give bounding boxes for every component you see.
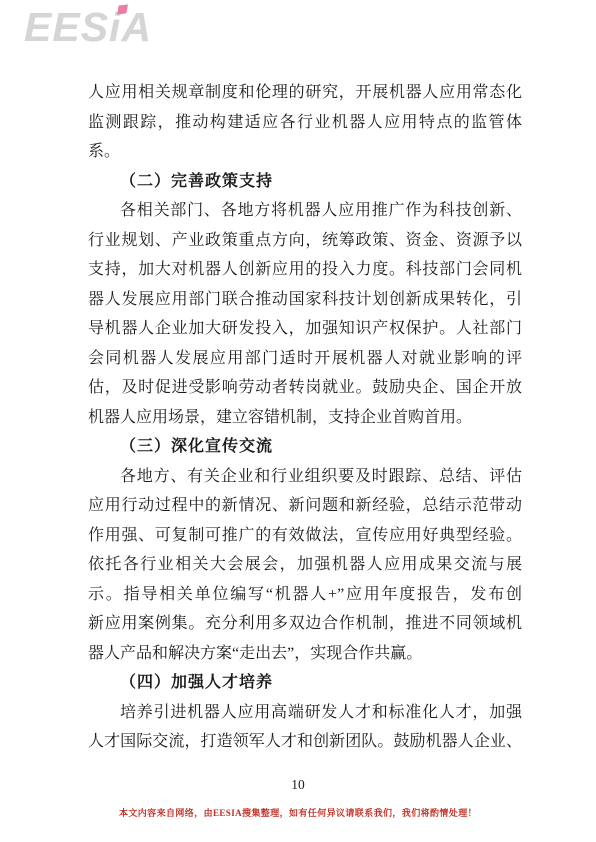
section-heading: （四）加强人才培养 <box>88 668 522 698</box>
eesia-logo: EESiA <box>24 4 152 50</box>
body-line: 新应用案例集。充分利用多双边合作机制，推进不同领域机 <box>88 609 522 639</box>
page-number: 10 <box>0 777 596 793</box>
body-line: 依托各行业相关大会展会，加强机器人应用成果交流与展 <box>88 550 522 580</box>
body-line: 作用强、可复制可推广的有效做法，宣传应用好典型经验。 <box>88 521 522 551</box>
body-line: 器人发展应用部门联合推动国家科技计划创新成果转化，引 <box>88 285 522 315</box>
logo-i-dot-accent-icon <box>117 4 128 14</box>
document-body: 人应用相关规章制度和伦理的研究，开展机器人应用常态化 监测跟踪，推动构建适应各行… <box>88 78 522 757</box>
body-line: 监测跟踪，推动构建适应各行业机器人应用特点的监管体 <box>88 108 522 138</box>
logo-text-before-i: EES <box>24 4 109 50</box>
body-line: 机器人应用场景，建立容错机制，支持企业首购首用。 <box>88 403 522 433</box>
body-line: 人应用相关规章制度和伦理的研究，开展机器人应用常态化 <box>88 78 522 108</box>
body-line: 估，及时促进受影响劳动者转岗就业。鼓励央企、国企开放 <box>88 373 522 403</box>
body-line: 系。 <box>88 137 522 167</box>
body-line: 示。指导相关单位编写“机器人+”应用年度报告，发布创 <box>88 580 522 610</box>
body-line: 支持，加大对机器人创新应用的投入力度。科技部门会同机 <box>88 255 522 285</box>
document-page: EESiA 人应用相关规章制度和伦理的研究，开展机器人应用常态化 监测跟踪，推动… <box>0 0 596 842</box>
logo-letter-i: i <box>109 4 121 50</box>
section-heading: （二）完善政策支持 <box>88 167 522 197</box>
body-line: 器人产品和解决方案“走出去”，实现合作共赢。 <box>88 639 522 669</box>
body-line: 会同机器人发展应用部门适时开展机器人对就业影响的评 <box>88 344 522 374</box>
body-line: 人才国际交流，打造领军人才和创新团队。鼓励机器人企业、 <box>88 727 522 757</box>
section-heading: （三）深化宣传交流 <box>88 432 522 462</box>
footer-notice: 本文内容来自网络，由EESIA搜集整理，如有任何异议请联系我们，我们将酌情处理！ <box>0 806 596 819</box>
body-line: 行业规划、产业政策重点方向，统筹政策、资金、资源予以 <box>88 226 522 256</box>
body-line: 培养引进机器人应用高端研发人才和标准化人才，加强 <box>88 698 522 728</box>
body-line: 导机器人企业加大研发投入，加强知识产权保护。人社部门 <box>88 314 522 344</box>
body-line: 应用行动过程中的新情况、新问题和新经验，总结示范带动 <box>88 491 522 521</box>
body-line: 各相关部门、各地方将机器人应用推广作为科技创新、 <box>88 196 522 226</box>
body-line: 各地方、有关企业和行业组织要及时跟踪、总结、评估 <box>88 462 522 492</box>
